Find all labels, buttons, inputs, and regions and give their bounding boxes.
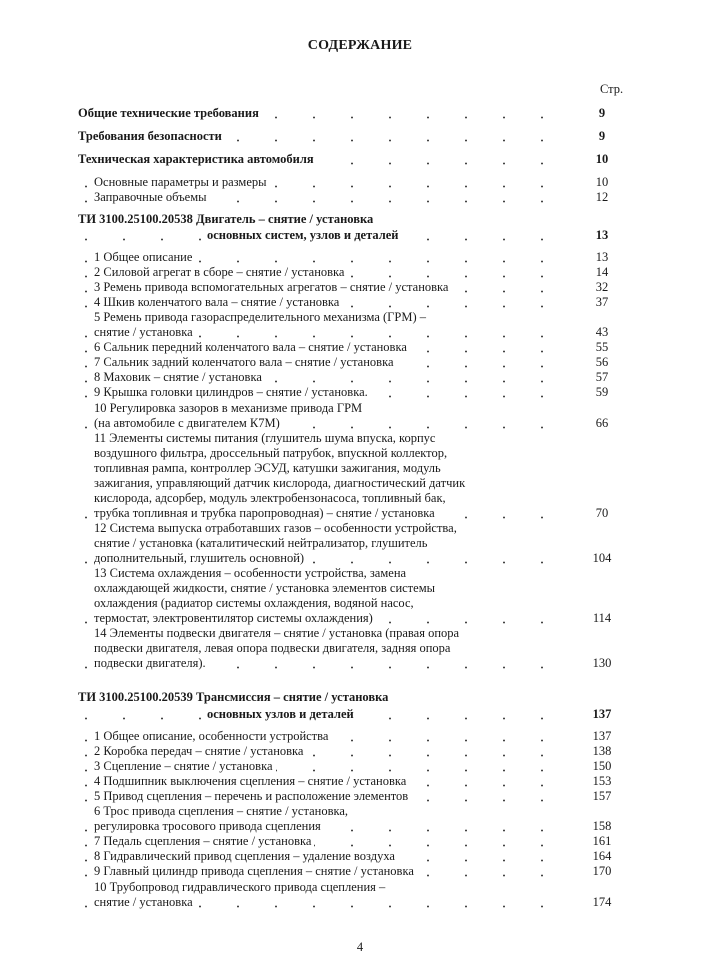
toc-entry-page: 70 [582, 506, 622, 521]
toc-entry-page: 104 [582, 551, 622, 566]
toc-entry-page: 138 [582, 744, 622, 759]
toc-entry-page: 9 [582, 106, 622, 121]
toc-entry-label: основных систем, узлов и деталей [207, 228, 402, 243]
toc-entry-page: 137 [582, 729, 622, 744]
toc-entry-label: 11 Элементы системы питания (глушитель ш… [94, 431, 438, 446]
toc-entry-page: 59 [582, 385, 622, 400]
toc-entry-label: 4 Подшипник выключения сцепления – сняти… [94, 774, 409, 789]
toc-entry-label: основных узлов и деталей [207, 707, 357, 722]
toc-entry-label: кислорода, адсорбер, модуль электробензо… [94, 491, 449, 506]
toc-entry-label: Заправочные объемы [94, 190, 210, 205]
toc-entry-label: 9 Крышка головки цилиндров – снятие / ус… [94, 385, 371, 400]
toc-entry-label: подвески двигателя). [94, 656, 209, 671]
toc-entry-page: 13 [582, 228, 622, 243]
toc-entry-label: дополнительный, глушитель основной) [94, 551, 307, 566]
toc-entry-label: Основные параметры и размеры [94, 175, 270, 190]
toc-entry-label: 12 Система выпуска отработавших газов – … [94, 521, 460, 536]
toc-entry-page: 161 [582, 834, 622, 849]
toc-entry-page: 55 [582, 340, 622, 355]
toc-entry-label: 8 Гидравлический привод сцепления – удал… [94, 849, 398, 864]
toc-entry-label: 6 Трос привода сцепления – снятие / уста… [94, 804, 351, 819]
toc-entry-page: 32 [582, 280, 622, 295]
toc-entry-page: 10 [582, 175, 622, 190]
toc-entry-page: 130 [582, 656, 622, 671]
toc-entry-label: зажигания, управляющий датчик кислорода,… [94, 476, 468, 491]
toc-entry-label: снятие / установка [94, 895, 196, 910]
toc-entry-page: 164 [582, 849, 622, 864]
toc-entry-label: 13 Система охлаждения – особенности устр… [94, 566, 409, 581]
toc-entry-label: 1 Общее описание [94, 250, 195, 265]
toc-entry-page: 10 [582, 152, 622, 167]
toc-entry-label: топливная рампа, контроллер ЭСУД, катушк… [94, 461, 444, 476]
page-column-label: Стр. [600, 82, 623, 97]
toc-entry-page: 9 [582, 129, 622, 144]
toc-entry-label: трубка топливная и трубка паропроводная)… [94, 506, 438, 521]
toc-entry-page: 157 [582, 789, 622, 804]
document-title: СОДЕРЖАНИЕ [0, 38, 720, 54]
toc-entry-page: 153 [582, 774, 622, 789]
toc-entry-page: 37 [582, 295, 622, 310]
toc-entry-label: 10 Трубопровод гидравлического привода с… [94, 880, 388, 895]
toc-entry-page: 114 [582, 611, 622, 626]
toc-entry-label: 5 Ремень привода газораспределительного … [94, 310, 429, 325]
toc-entry-page: 56 [582, 355, 622, 370]
toc-entry-label: регулировка тросового привода сцепления [94, 819, 324, 834]
toc-entry-label: 9 Главный цилиндр привода сцепления – сн… [94, 864, 417, 879]
toc-entry-label: 7 Сальник задний коленчатого вала – снят… [94, 355, 397, 370]
toc-entry-page: 174 [582, 895, 622, 910]
toc-entry-page: 150 [582, 759, 622, 774]
toc-entry-label: 3 Сцепление – снятие / установка [94, 759, 276, 774]
toc-entry-label: охлаждения (радиатор системы охлаждения,… [94, 596, 417, 611]
toc-entry-label: 14 Элементы подвески двигателя – снятие … [94, 626, 462, 641]
toc-entry-label: (на автомобиле с двигателем К7М) [94, 416, 283, 431]
toc-entry-label: 6 Сальник передний коленчатого вала – сн… [94, 340, 410, 355]
toc-entry-label: Общие технические требования [78, 106, 262, 121]
toc-entry-label: снятие / установка [94, 325, 196, 340]
toc-entry-label: воздушного фильтра, дроссельный патрубок… [94, 446, 450, 461]
toc-entry-label: 10 Регулировка зазоров в механизме приво… [94, 401, 365, 416]
toc-entry-label: термостат, электровентилятор системы охл… [94, 611, 376, 626]
toc-entry-label: снятие / установка (каталитический нейтр… [94, 536, 431, 551]
toc-entry-label: 7 Педаль сцепления – снятие / установка [94, 834, 314, 849]
toc-entry-label: ТИ 3100.25100.20539 Трансмиссия – снятие… [78, 690, 391, 705]
toc-entry-label: 2 Коробка передач – снятие / установка [94, 744, 306, 759]
toc-entry-label: Техническая характеристика автомобиля [78, 152, 317, 167]
toc-entry-page: 66 [582, 416, 622, 431]
toc-entry-label: 2 Силовой агрегат в сборе – снятие / уст… [94, 265, 347, 280]
toc-entry-page: 158 [582, 819, 622, 834]
toc-entry-label: 1 Общее описание, особенности устройства [94, 729, 331, 744]
toc-entry-label: 4 Шкив коленчатого вала – снятие / устан… [94, 295, 342, 310]
toc-entry-page: 137 [582, 707, 622, 722]
toc-entry-label: 5 Привод сцепления – перечень и располож… [94, 789, 411, 804]
toc-entry-label: 8 Маховик – снятие / установка [94, 370, 265, 385]
toc-entry-label: Требования безопасности [78, 129, 225, 144]
toc-entry-page: 57 [582, 370, 622, 385]
toc-entry-label: охлаждающей жидкости, снятие / установка… [94, 581, 438, 596]
toc-entry-label: подвески двигателя, левая опора подвески… [94, 641, 453, 656]
toc-entry-label: 3 Ремень привода вспомогательных агрегат… [94, 280, 451, 295]
toc-entry-page: 43 [582, 325, 622, 340]
page-number: 4 [0, 940, 720, 955]
toc-entry-page: 170 [582, 864, 622, 879]
toc-entry-page: 14 [582, 265, 622, 280]
toc-entry-page: 12 [582, 190, 622, 205]
toc-entry-page: 13 [582, 250, 622, 265]
toc-entry-label: ТИ 3100.25100.20538 Двигатель – снятие /… [78, 212, 376, 227]
